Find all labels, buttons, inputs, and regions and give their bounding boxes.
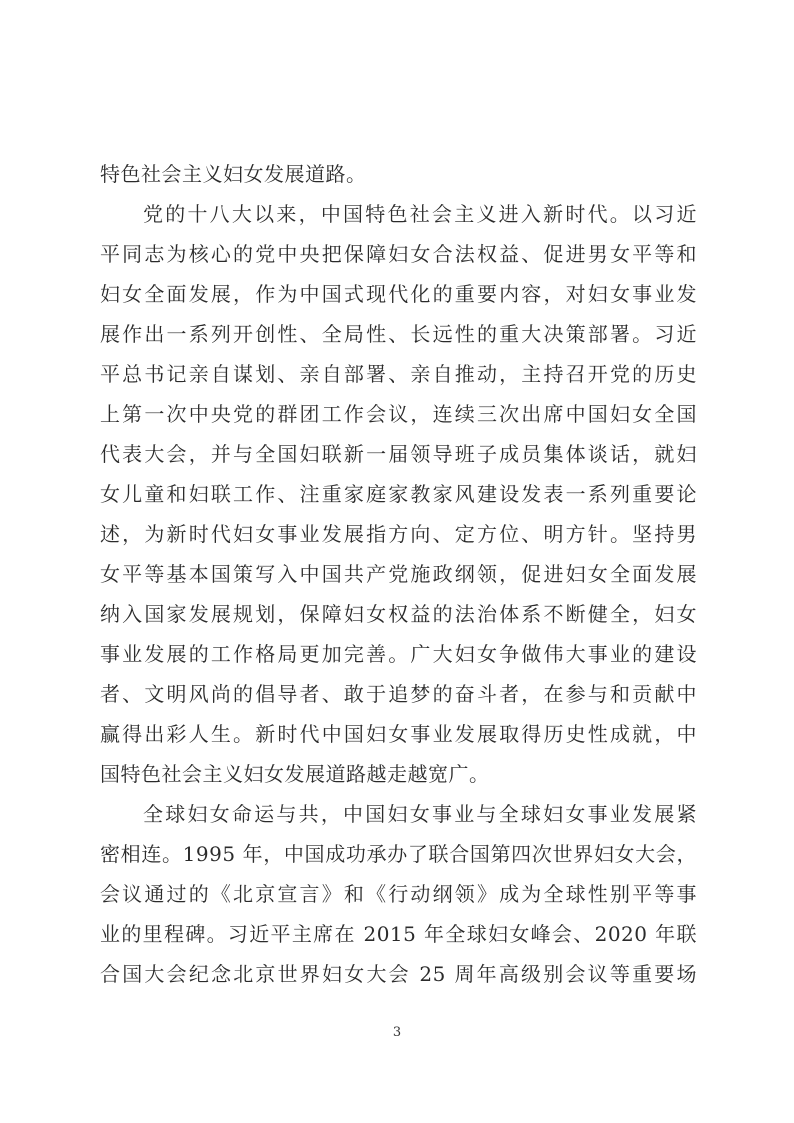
text-line-7: 上第一次中央党的群团工作会议，连续三次出席中国妇女全国 [100, 394, 697, 434]
text-line-19: 会议通过的《北京宣言》和《行动纲领》成为全球性别平等事 [100, 874, 697, 914]
text-line-11: 女平等基本国策写入中国共产党施政纲领，促进妇女全面发展 [100, 554, 697, 594]
text-line-9: 女儿童和妇联工作、注重家庭家教家风建设发表一系列重要论 [100, 474, 697, 514]
document-page: 特色社会主义妇女发展道路。 党的十八大以来，中国特色社会主义进入新时代。以习近 … [0, 0, 794, 1123]
text-line-15: 赢得出彩人生。新时代中国妇女事业发展取得历史性成就，中 [100, 714, 697, 754]
text-line-2: 党的十八大以来，中国特色社会主义进入新时代。以习近 [100, 194, 697, 234]
text-line-8: 代表大会，并与全国妇联新一届领导班子成员集体谈话，就妇 [100, 434, 697, 474]
text-line-14: 者、文明风尚的倡导者、敢于追梦的奋斗者，在参与和贡献中 [100, 674, 697, 714]
text-line-10: 述，为新时代妇女事业发展指方向、定方位、明方针。坚持男 [100, 514, 697, 554]
text-line-5: 展作出一系列开创性、全局性、长远性的重大决策部署。习近 [100, 314, 697, 354]
text-line-1: 特色社会主义妇女发展道路。 [100, 154, 697, 194]
text-line-13: 事业发展的工作格局更加完善。广大妇女争做伟大事业的建设 [100, 634, 697, 674]
text-line-4: 妇女全面发展，作为中国式现代化的重要内容，对妇女事业发 [100, 274, 697, 314]
text-line-21: 合国大会纪念北京世界妇女大会 25 周年高级别会议等重要场 [100, 954, 697, 994]
text-line-6: 平总书记亲自谋划、亲自部署、亲自推动，主持召开党的历史 [100, 354, 697, 394]
text-line-18: 密相连。1995 年，中国成功承办了联合国第四次世界妇女大会， [100, 834, 697, 874]
document-body: 特色社会主义妇女发展道路。 党的十八大以来，中国特色社会主义进入新时代。以习近 … [100, 154, 697, 994]
page-footer: 3 [0, 1023, 794, 1043]
text-line-16: 国特色社会主义妇女发展道路越走越宽广。 [100, 754, 697, 794]
text-line-12: 纳入国家发展规划，保障妇女权益的法治体系不断健全，妇女 [100, 594, 697, 634]
page-number: 3 [393, 1025, 401, 1040]
text-line-20: 业的里程碑。习近平主席在 2015 年全球妇女峰会、2020 年联 [100, 914, 697, 954]
text-line-3: 平同志为核心的党中央把保障妇女合法权益、促进男女平等和 [100, 234, 697, 274]
text-line-17: 全球妇女命运与共，中国妇女事业与全球妇女事业发展紧 [100, 794, 697, 834]
